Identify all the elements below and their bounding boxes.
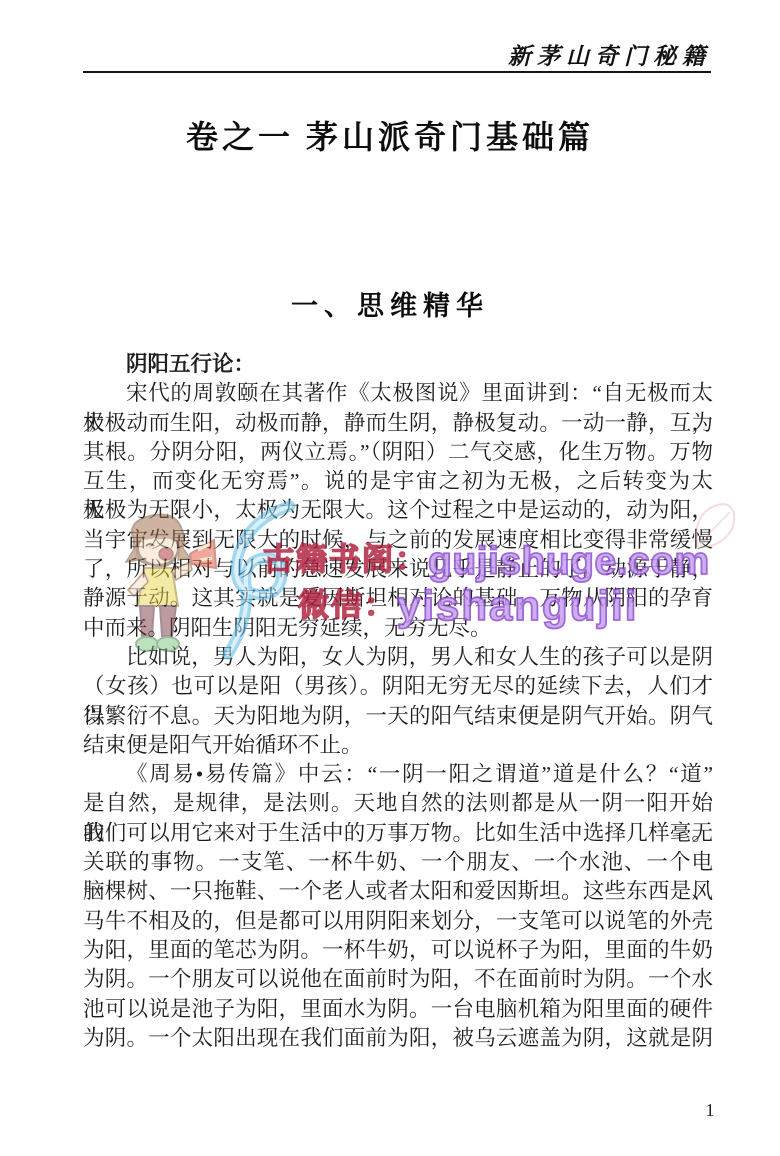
body-line: 结束便是阳气开始循环不止。 — [83, 731, 713, 760]
body-line: 比如说，男人为阳，女人为阴，男人和女人生的孩子可以是阴 — [83, 643, 713, 672]
body-line: 太极动而生阳，动极而静，静而生阴，静极复动。一动一静，互为 — [83, 409, 713, 438]
book-page: 新茅山奇门秘籍 卷之一 茅山派奇门基础篇 一、思维精华 阴阳五行论： 宋代的周敦… — [0, 0, 780, 1156]
body-line: 中而来。阴阳生阴阳无穷延续，无穷无尽。 — [83, 614, 713, 643]
body-line: 《周易•易传篇》中云：“一阴一阳之谓道”道是什么？“道” — [83, 760, 713, 789]
body-line: 为阴。一个朋友可以说他在面前时为阳，不在面前时为阴。一个水 — [83, 965, 713, 994]
body-line: 以繁衍不息。天为阳地为阴，一天的阳气结束便是阴气开始。阴气 — [83, 702, 713, 731]
body-line: 关联的事物。一支笔、一杯牛奶、一个朋友、一个水池、一个电脑、 — [83, 848, 713, 877]
section-heading: 一、思维精华 — [0, 284, 780, 323]
body-line: 池可以说是池子为阳，里面水为阴。一台电脑机箱为阳里面的硬件 — [83, 995, 713, 1024]
running-head-title: 新茅山奇门秘籍 — [83, 38, 711, 71]
body-line: 是自然，是规律，是法则。天地自然的法则都是从一阴一阳开始的。 — [83, 789, 713, 818]
body-line: （女孩）也可以是阳（男孩）。阴阳无穷无尽的延续下去，人们才得 — [83, 672, 713, 701]
body-line: 当宇宙发展到无限大的时候，与之前的发展速度相比变得非常缓慢 — [83, 526, 713, 555]
body-line: 一棵树、一只拖鞋、一个老人或者太阳和爱因斯坦。这些东西是风 — [83, 877, 713, 906]
body-line: 阴阳五行论： — [83, 350, 713, 379]
body-text: 阴阳五行论： 宋代的周敦颐在其著作《太极图说》里面讲到：“自无极而太极， 太极动… — [83, 350, 713, 1053]
body-line: 其根。分阴分阳，两仪立焉。”（阴阳）二气交感，化生万物。万物 — [83, 438, 713, 467]
body-line: 静源于动。这其实就是爱因斯坦相对论的基础，万物从阴阳的孕育 — [83, 584, 713, 613]
body-line: 我们可以用它来对于生活中的万事万物。比如生活中选择几样毫无 — [83, 819, 713, 848]
body-line: 为阴。一个太阳出现在我们面前为阳，被乌云遮盖为阴，这就是阴 — [83, 1024, 713, 1053]
body-line: 互生，而变化无穷焉”。说的是宇宙之初为无极，之后转变为太极， — [83, 467, 713, 496]
page-number: 1 — [698, 1100, 722, 1121]
body-line: 马牛不相及的，但是都可以用阴阳来划分，一支笔可以说笔的外壳 — [83, 907, 713, 936]
chapter-title: 卷之一 茅山派奇门基础篇 — [0, 112, 780, 158]
body-line: 了，所以相对与以前的急速发展来说几乎是静止的了。动源于静， — [83, 555, 713, 584]
header-divider — [83, 71, 711, 73]
body-line: 宋代的周敦颐在其著作《太极图说》里面讲到：“自无极而太极， — [83, 379, 713, 408]
body-line: 无极为无限小，太极为无限大。这个过程之中是运动的，动为阳， — [83, 496, 713, 525]
body-line: 为阳，里面的笔芯为阴。一杯牛奶，可以说杯子为阳，里面的牛奶 — [83, 936, 713, 965]
